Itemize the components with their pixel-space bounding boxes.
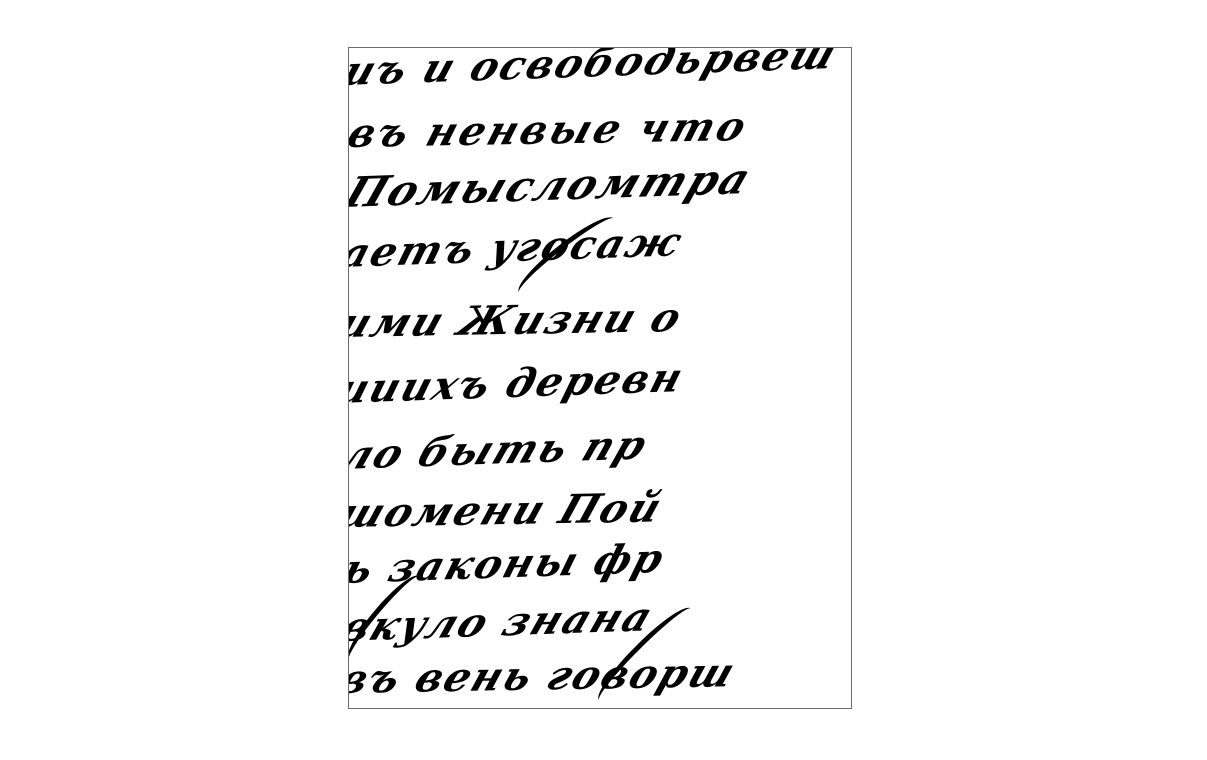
- handwriting-panel: иъ и освободьрвеш въ ненвые что Помыслом…: [348, 47, 852, 709]
- handwriting-line: въ вень говорш: [348, 653, 741, 700]
- handwriting-line: Помысломтра: [348, 158, 758, 214]
- handwriting-line: иъ и освободьрвеш: [348, 47, 842, 92]
- handwriting-line: ло быть пр: [348, 426, 654, 476]
- handwriting-line: ь законы фр: [348, 539, 670, 590]
- handwriting-line: ими Жизни о: [348, 298, 688, 344]
- handwriting-line: въ ненвые что: [348, 107, 753, 154]
- handwriting-line: ииихъ деревн: [348, 358, 689, 410]
- handwriting-line: аетъ угосаж: [348, 222, 687, 274]
- handwriting-line: шомени Пой: [348, 488, 668, 534]
